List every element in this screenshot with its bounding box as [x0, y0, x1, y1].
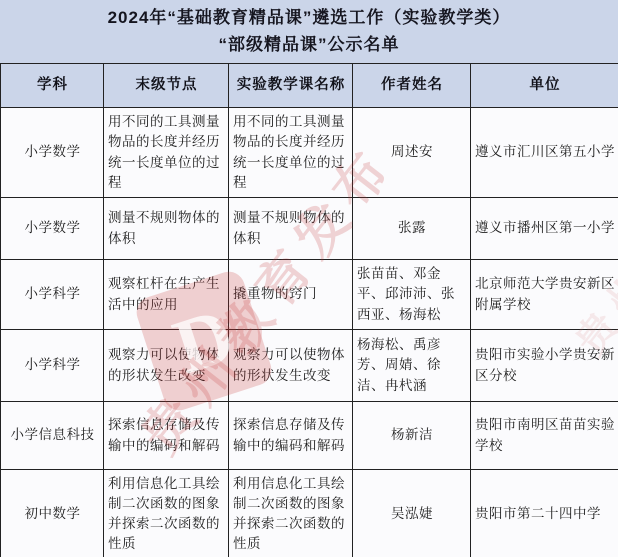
- cell-org: 遵义市汇川区第五小学: [471, 108, 618, 198]
- cell-course: 撬重物的窍门: [229, 260, 353, 330]
- table-row: 小学信息科技 探索信息存储及传输中的编码和解码 探索信息存储及传输中的编码和解码…: [1, 402, 618, 470]
- cell-course: 观察力可以使物体的形状发生改变: [229, 330, 353, 402]
- cell-node: 探索信息存储及传输中的编码和解码: [104, 402, 229, 470]
- cell-authors: 吴泓婕: [353, 470, 471, 557]
- cell-course: 测量不规则物体的体积: [229, 198, 353, 260]
- cell-authors: 周述安: [353, 108, 471, 198]
- table-row: 小学数学 测量不规则物体的体积 测量不规则物体的体积 张露 遵义市播州区第一小学: [1, 198, 618, 260]
- col-header-org: 单位: [471, 64, 618, 108]
- cell-org: 贵阳市实验小学贵安新区分校: [471, 330, 618, 402]
- cell-org: 贵阳市南明区苗苗实验学校: [471, 402, 618, 470]
- table-row: 小学科学 观察力可以使物体的形状发生改变 观察力可以使物体的形状发生改变 杨海松…: [1, 330, 618, 402]
- cell-node: 利用信息化工具绘制二次函数的图象并探索二次函数的性质: [104, 470, 229, 557]
- title-line-1: 2024年“基础教育精品课”遴选工作（实验教学类）: [108, 6, 511, 31]
- cell-course: 探索信息存储及传输中的编码和解码: [229, 402, 353, 470]
- title-line-2: “部级精品课”公示名单: [219, 33, 400, 58]
- cell-node: 观察杠杆在生产生活中的应用: [104, 260, 229, 330]
- col-header-subject: 学科: [1, 64, 104, 108]
- cell-subject: 初中数学: [1, 470, 104, 557]
- cell-course: 用不同的工具测量物品的长度并经历统一长度单位的过程: [229, 108, 353, 198]
- col-header-authors: 作者姓名: [353, 64, 471, 108]
- cell-subject: 小学科学: [1, 330, 104, 402]
- cell-subject: 小学数学: [1, 198, 104, 260]
- cell-course: 利用信息化工具绘制二次函数的图象并探索二次函数的性质: [229, 470, 353, 557]
- notice-page: 2024年“基础教育精品课”遴选工作（实验教学类） “部级精品课”公示名单 学科…: [0, 0, 618, 557]
- table-row: 初中数学 利用信息化工具绘制二次函数的图象并探索二次函数的性质 利用信息化工具绘…: [1, 470, 618, 557]
- cell-subject: 小学信息科技: [1, 402, 104, 470]
- cell-authors: 杨海松、禹彦芳、周婧、徐洁、冉杙涵: [353, 330, 471, 402]
- cell-org: 北京师范大学贵安新区附属学校: [471, 260, 618, 330]
- col-header-course: 实验教学课名称: [229, 64, 353, 108]
- cell-node: 用不同的工具测量物品的长度并经历统一长度单位的过程: [104, 108, 229, 198]
- cell-subject: 小学科学: [1, 260, 104, 330]
- cell-org: 贵阳市第二十四中学: [471, 470, 618, 557]
- table-row: 小学数学 用不同的工具测量物品的长度并经历统一长度单位的过程 用不同的工具测量物…: [1, 108, 618, 198]
- cell-node: 观察力可以使物体的形状发生改变: [104, 330, 229, 402]
- table-header-row: 学科 末级节点 实验教学课名称 作者姓名 单位: [1, 64, 618, 108]
- cell-authors: 张苗苗、邓金平、邱沛沛、张西亚、杨海松: [353, 260, 471, 330]
- col-header-node: 末级节点: [104, 64, 229, 108]
- cell-org: 遵义市播州区第一小学: [471, 198, 618, 260]
- cell-subject: 小学数学: [1, 108, 104, 198]
- course-list-table: 学科 末级节点 实验教学课名称 作者姓名 单位 小学数学 用不同的工具测量物品的…: [0, 63, 618, 557]
- page-title: 2024年“基础教育精品课”遴选工作（实验教学类） “部级精品课”公示名单: [0, 0, 618, 63]
- cell-authors: 杨新洁: [353, 402, 471, 470]
- table-row: 小学科学 观察杠杆在生产生活中的应用 撬重物的窍门 张苗苗、邓金平、邱沛沛、张西…: [1, 260, 618, 330]
- cell-authors: 张露: [353, 198, 471, 260]
- cell-node: 测量不规则物体的体积: [104, 198, 229, 260]
